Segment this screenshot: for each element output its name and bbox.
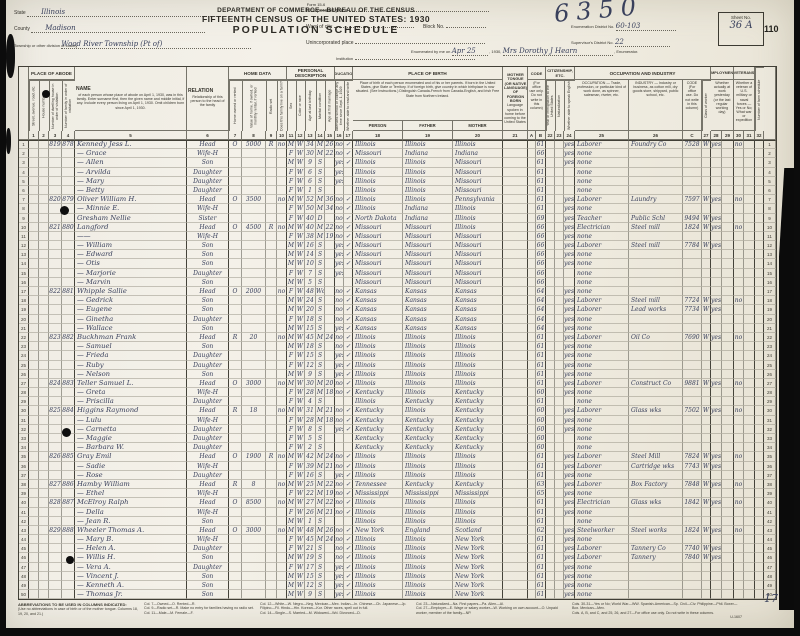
cell-at-work (711, 315, 722, 324)
cell-family-number: 884 (62, 406, 75, 415)
cell-marital: M (316, 140, 325, 149)
cell-birthplace-person: Illinois (353, 590, 403, 599)
cell-age: 12 (305, 581, 316, 590)
cell-veteran (734, 553, 744, 562)
cell-occ-code (683, 287, 702, 296)
cell-name: McElroy Ralph (75, 498, 187, 507)
cell-relation: Son (187, 278, 229, 287)
column-number: 23 (555, 131, 564, 140)
cell-read-write: ✓ (344, 526, 353, 535)
cell-color: W (296, 186, 305, 195)
cell-worker-class: W (702, 333, 711, 342)
cell-immigration-year (546, 158, 555, 167)
cell-industry (629, 278, 683, 287)
cell-occupation: none (575, 186, 629, 195)
cell-row-number-left: 41 (19, 508, 29, 517)
cell-sex: F (287, 361, 296, 370)
cell-marital: M (316, 149, 325, 158)
cell-house-number (39, 572, 49, 581)
cell-farm (277, 544, 287, 553)
cell-family-number (62, 269, 75, 278)
cell-radio (266, 158, 277, 167)
cell-farm-schedule (755, 324, 764, 333)
cell-war (744, 351, 755, 360)
cell-occ-code: 7734 (683, 305, 702, 314)
cell-school: yes (335, 168, 344, 177)
cell-birthplace-mother: Missouri (453, 241, 503, 250)
column-number: 13 (305, 131, 316, 140)
cell-row-number-left: 39 (19, 489, 29, 498)
cell-home-value: 5000 (242, 140, 266, 149)
cell-family-number (62, 572, 75, 581)
cell-speaks-english (564, 517, 575, 526)
cell-row-number-right: 26 (764, 370, 776, 379)
cell-sex: M (287, 259, 296, 268)
cell-code-b: 66 (536, 149, 546, 158)
column-number: 7 (229, 131, 242, 140)
cell-color: W (296, 508, 305, 517)
cell-color: W (296, 498, 305, 507)
cell-relation: Wife-H (187, 462, 229, 471)
cell-row-number-left: 14 (19, 259, 29, 268)
cell-industry: Steel Mill (629, 452, 683, 461)
cell-code-b: 61 (536, 544, 546, 553)
cell-family-number: 883 (62, 379, 75, 388)
cell-age-married (325, 324, 335, 333)
birth-description: Place of birth of each person enumerated… (353, 80, 502, 120)
cell-row-number-left: 49 (19, 581, 29, 590)
group-home-data: HOME DATA (229, 67, 287, 80)
cell-row-number-right: 17 (764, 287, 776, 296)
enumerated-year: , 1930, (489, 49, 501, 54)
column-number: 14 (316, 131, 325, 140)
cell-occ-code: 7824 (683, 452, 702, 461)
cell-occupation: none (575, 287, 629, 296)
cell-sex: F (287, 351, 296, 360)
cell-farm-schedule (755, 278, 764, 287)
cell-row-number-left: 2 (19, 149, 29, 158)
cell-radio (266, 517, 277, 526)
cell-age: 6 (305, 177, 316, 186)
cell-marital: M (316, 480, 325, 489)
supervisors-district-value: 22 (615, 38, 670, 47)
cell-birthplace-mother: Illinois (453, 140, 503, 149)
cell-row-number-right: 43 (764, 526, 776, 535)
cell-birthplace-father: Missouri (403, 278, 453, 287)
cell-code-a (528, 351, 536, 360)
cell-row-number-right: 36 (764, 462, 776, 471)
cell-marital: M (316, 232, 325, 241)
cell-war (744, 526, 755, 535)
cell-row-number-left: 37 (19, 471, 29, 480)
col-birthplace-mother: MOTHER (453, 121, 502, 130)
cell-school: no (335, 489, 344, 498)
cell-color: W (296, 416, 305, 425)
cell-home-value (242, 168, 266, 177)
cell-unemployment-line (722, 553, 734, 562)
cell-code-a (528, 204, 536, 213)
cell-unemployment-line (722, 223, 734, 232)
cell-marital: S (316, 342, 325, 351)
cell-age: 9 (305, 158, 316, 167)
cell-birthplace-mother: Kansas (453, 305, 503, 314)
cell-age-married (325, 315, 335, 324)
cell-occupation: Electrician (575, 223, 629, 232)
cell-family-number (62, 168, 75, 177)
cell-war (744, 342, 755, 351)
cell-farm-schedule (755, 315, 764, 324)
cell-birthplace-mother: Mississippi (453, 489, 503, 498)
cell-family-number: 880 (62, 223, 75, 232)
cell-speaks-english: yes (564, 361, 575, 370)
cell-farm-schedule (755, 195, 764, 204)
cell-unemployment-line (722, 581, 734, 590)
cell-row-number-right: 9 (764, 214, 776, 223)
cell-industry (629, 158, 683, 167)
cell-mother-tongue (503, 351, 528, 360)
cell-farm-schedule (755, 544, 764, 553)
cell-owned (229, 186, 242, 195)
cell-birthplace-father: Kansas (403, 315, 453, 324)
cell-row-number-left: 22 (19, 333, 29, 342)
col-home-owned: Home owned or rented (229, 80, 242, 131)
cell-dwelling-number: 823 (49, 333, 62, 342)
cell-occ-code (683, 342, 702, 351)
cell-speaks-english: yes (564, 333, 575, 342)
cell-age-married (325, 553, 335, 562)
cell-farm (277, 416, 287, 425)
cell-unemployment-line (722, 214, 734, 223)
cell-code-b: 61 (536, 590, 546, 599)
cell-row-number-left: 50 (19, 590, 29, 599)
cell-age: 28 (305, 388, 316, 397)
cell-mother-tongue (503, 223, 528, 232)
cell-veteran: no (734, 195, 744, 204)
cell-veteran (734, 259, 744, 268)
cell-naturalization (555, 553, 564, 562)
cell-street (29, 517, 39, 526)
scan-blob (6, 34, 15, 78)
cell-farm-schedule (755, 572, 764, 581)
cell-name: Gresham Nellie (75, 214, 187, 223)
cell-age-married (325, 269, 335, 278)
cell-row-number-left: 45 (19, 544, 29, 553)
cell-row-number-right: 1 (764, 140, 776, 149)
cell-birthplace-mother: New York (453, 590, 503, 599)
cell-veteran (734, 590, 744, 599)
cell-row-number-right: 12 (764, 241, 776, 250)
cell-speaks-english: yes (564, 425, 575, 434)
cell-home-value: 18 (242, 406, 266, 415)
cell-naturalization (555, 572, 564, 581)
cell-name: — Ethel (75, 489, 187, 498)
cell-marital: S (316, 434, 325, 443)
column-number: 24 (564, 131, 575, 140)
cell-street (29, 508, 39, 517)
cell-owned (229, 572, 242, 581)
cell-color: W (296, 214, 305, 223)
cell-age-married: 24 (325, 452, 335, 461)
cell-veteran (734, 544, 744, 553)
cell-immigration-year (546, 269, 555, 278)
cell-birthplace-person: Illinois (353, 140, 403, 149)
cell-veteran (734, 186, 744, 195)
cell-owned (229, 204, 242, 213)
cell-mother-tongue (503, 204, 528, 213)
cell-relation: Head (187, 379, 229, 388)
cell-row-number-right: 13 (764, 250, 776, 259)
cell-radio (266, 195, 277, 204)
cell-code-a (528, 443, 536, 452)
enumerated-label: Enumerated by me on (411, 49, 450, 54)
cell-birthplace-mother: Kansas (453, 315, 503, 324)
cell-farm-schedule (755, 351, 764, 360)
cell-home-value (242, 553, 266, 562)
cell-farm-schedule (755, 452, 764, 461)
cell-age: 17 (305, 563, 316, 572)
cell-occupation: none (575, 177, 629, 186)
cell-code-b: 61 (536, 498, 546, 507)
cell-owned (229, 370, 242, 379)
cell-speaks-english: yes (564, 416, 575, 425)
cell-school: no (335, 553, 344, 562)
cell-farm (277, 563, 287, 572)
cell-immigration-year (546, 480, 555, 489)
cell-age: 19 (305, 553, 316, 562)
cell-farm: no (277, 526, 287, 535)
cell-row-number-left: 47 (19, 563, 29, 572)
cell-code-b: 61 (536, 177, 546, 186)
cell-worker-class: W (702, 379, 711, 388)
cell-row-number-right: 24 (764, 351, 776, 360)
cell-house-number (39, 443, 49, 452)
cell-house-number (39, 425, 49, 434)
cell-school: no (335, 379, 344, 388)
cell-farm-schedule (755, 305, 764, 314)
cell-family-number: 887 (62, 498, 75, 507)
cell-unemployment-line (722, 489, 734, 498)
cell-owned: R (229, 333, 242, 342)
cell-color: W (296, 149, 305, 158)
column-number: 28 (711, 131, 722, 140)
cell-radio (266, 204, 277, 213)
cell-age-married: 18 (325, 388, 335, 397)
column-number: 19 (403, 131, 453, 140)
cell-sex: M (287, 278, 296, 287)
cell-veteran: no (734, 498, 744, 507)
cell-school: yes (335, 590, 344, 599)
cell-marital: S (316, 250, 325, 259)
cell-immigration-year (546, 508, 555, 517)
cell-age-married: 26 (325, 526, 335, 535)
cell-unemployment-line (722, 250, 734, 259)
cell-at-work (711, 572, 722, 581)
cell-unemployment-line (722, 342, 734, 351)
cell-worker-class (702, 186, 711, 195)
cell-speaks-english: yes (564, 471, 575, 480)
cell-relation: Wife-H (187, 416, 229, 425)
cell-occ-code: 7502 (683, 406, 702, 415)
punch-hole (62, 428, 71, 437)
cell-relation: Daughter (187, 425, 229, 434)
cell-naturalization (555, 416, 564, 425)
cell-occupation: none (575, 342, 629, 351)
cell-veteran: no (734, 223, 744, 232)
cell-code-b: 61 (536, 195, 546, 204)
cell-code-b: 61 (536, 581, 546, 590)
cell-age: 20 (305, 305, 316, 314)
cell-read-write: ✓ (344, 361, 353, 370)
cell-birthplace-father: Illinois (403, 177, 453, 186)
cell-dwelling-number (49, 590, 62, 599)
cell-naturalization (555, 581, 564, 590)
cell-birthplace-person: Illinois (353, 195, 403, 204)
column-number: 29 (722, 131, 734, 140)
cell-house-number (39, 351, 49, 360)
cell-color: W (296, 333, 305, 342)
cell-code-a (528, 471, 536, 480)
cell-family-number: 888 (62, 526, 75, 535)
cell-farm (277, 590, 287, 599)
cell-at-work: yes (711, 544, 722, 553)
cell-relation: Son (187, 517, 229, 526)
cell-row-number-right: 32 (764, 425, 776, 434)
cell-war (744, 498, 755, 507)
cell-age: 15 (305, 572, 316, 581)
cell-school: no (335, 195, 344, 204)
cell-color: W (296, 250, 305, 259)
cell-at-work (711, 250, 722, 259)
cell-immigration-year (546, 425, 555, 434)
cell-house-number (39, 296, 49, 305)
cell-age-married: 34 (325, 204, 335, 213)
cell-school: no (335, 452, 344, 461)
cell-row-number-right: 15 (764, 269, 776, 278)
cell-farm (277, 232, 287, 241)
cell-birthplace-mother: Missouri (453, 269, 503, 278)
cell-naturalization (555, 241, 564, 250)
cell-at-work (711, 269, 722, 278)
cell-relation: Daughter (187, 186, 229, 195)
cell-code-b: 64 (536, 315, 546, 324)
cell-owned (229, 434, 242, 443)
cell-at-work: yes (711, 406, 722, 415)
cell-mother-tongue (503, 397, 528, 406)
cell-occupation: Laborer (575, 379, 629, 388)
cell-marital: M (316, 406, 325, 415)
cell-code-a (528, 158, 536, 167)
cell-war (744, 158, 755, 167)
cell-code-a (528, 223, 536, 232)
cell-birthplace-father: Kentucky (403, 425, 453, 434)
cell-code-b: 64 (536, 305, 546, 314)
cell-marital: M (316, 489, 325, 498)
cell-read-write (344, 186, 353, 195)
cell-home-value (242, 259, 266, 268)
cell-age: 30 (305, 379, 316, 388)
cell-street (29, 480, 39, 489)
cell-farm-schedule (755, 406, 764, 415)
cell-veteran (734, 351, 744, 360)
cell-industry (629, 434, 683, 443)
cell-occ-code: 9881 (683, 379, 702, 388)
cell-row-number-right: 20 (764, 315, 776, 324)
cell-read-write: ✓ (344, 462, 353, 471)
cell-marital: S (316, 168, 325, 177)
column-number: B (536, 131, 546, 140)
cell-birthplace-person: Illinois (353, 361, 403, 370)
cell-color: W (296, 553, 305, 562)
cell-immigration-year (546, 553, 555, 562)
cell-marital: S (316, 351, 325, 360)
cell-veteran: no (734, 406, 744, 415)
cell-color: W (296, 370, 305, 379)
cell-naturalization (555, 287, 564, 296)
cell-farm (277, 581, 287, 590)
cell-street (29, 278, 39, 287)
cell-worker-class: W (702, 223, 711, 232)
cell-read-write: ✓ (344, 489, 353, 498)
cell-birthplace-father: Illinois (403, 361, 453, 370)
cell-occupation: none (575, 250, 629, 259)
cell-war (744, 140, 755, 149)
cell-dwelling-number (49, 544, 62, 553)
cell-war (744, 379, 755, 388)
cell-radio (266, 526, 277, 535)
cell-marital: S (316, 590, 325, 599)
cell-unemployment-line (722, 535, 734, 544)
cell-street (29, 590, 39, 599)
cell-name: — Priscilla (75, 397, 187, 406)
cell-speaks-english: yes (564, 296, 575, 305)
cell-dwelling-number (49, 553, 62, 562)
cell-house-number (39, 287, 49, 296)
cell-house-number (39, 416, 49, 425)
cell-veteran: no (734, 379, 744, 388)
cell-color: W (296, 462, 305, 471)
column-number: 22 (546, 131, 555, 140)
cell-unemployment-line (722, 351, 734, 360)
abbrev-col31: Cols. 30-31—Yes or No; World War—WW. Spa… (572, 602, 742, 611)
column-number: 1 (29, 131, 39, 140)
cell-code-a (528, 305, 536, 314)
cell-farm: no (277, 498, 287, 507)
cell-color: W (296, 480, 305, 489)
cell-age: 26 (305, 508, 316, 517)
cell-speaks-english: yes (564, 553, 575, 562)
cell-home-value (242, 416, 266, 425)
cell-war (744, 214, 755, 223)
cell-naturalization (555, 462, 564, 471)
cell-sex: F (287, 388, 296, 397)
cell-school: yes (335, 351, 344, 360)
cell-radio (266, 480, 277, 489)
cell-code-b: 61 (536, 553, 546, 562)
column-number (764, 131, 776, 140)
form-title-block: Form 15-6 DEPARTMENT OF COMMERCE—BUREAU … (156, 2, 476, 36)
cell-speaks-english: yes (564, 324, 575, 333)
cell-birthplace-father: Mississippi (403, 489, 453, 498)
cell-radio: R (266, 140, 277, 149)
cell-farm-schedule (755, 370, 764, 379)
cell-code-a (528, 186, 536, 195)
cell-dwelling-number (49, 581, 62, 590)
cell-immigration-year (546, 324, 555, 333)
cell-row-number-left: 11 (19, 232, 29, 241)
cell-birthplace-mother: Illinois (453, 361, 503, 370)
cell-occupation: none (575, 397, 629, 406)
cell-street (29, 177, 39, 186)
